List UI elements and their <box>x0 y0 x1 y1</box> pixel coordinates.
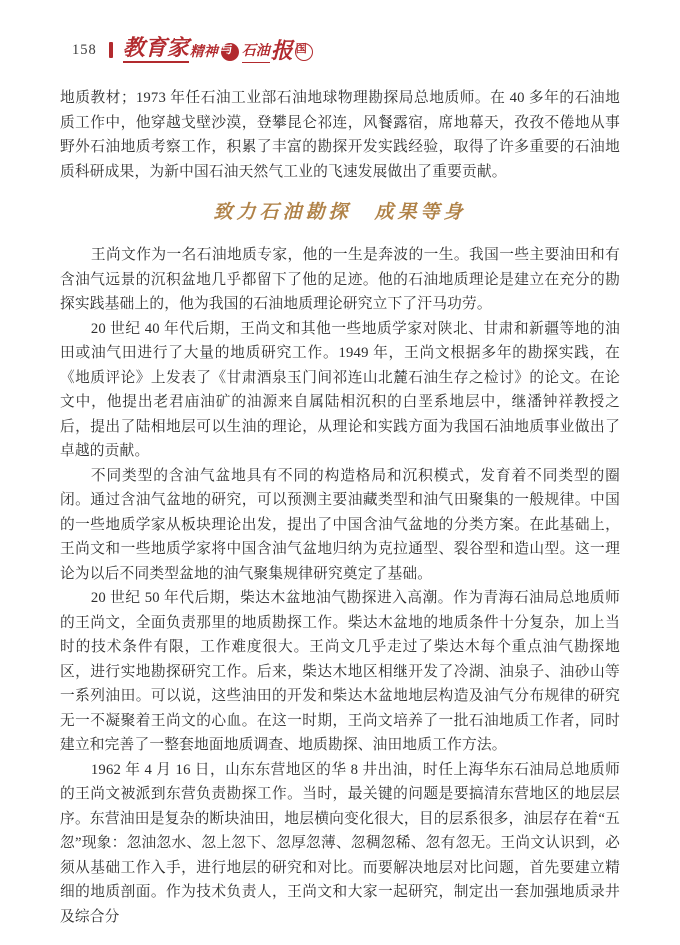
paragraph-intro: 王尚文作为一名石油地质专家，他的一生是奔波的一生。我国一些主要油田和有含油气远景… <box>60 243 620 317</box>
paragraph-dongying-1962: 1962 年 4 月 16 日，山东东营地区的华 8 井出油，时任上海华东石油局… <box>60 758 620 930</box>
article-body: 地质教材；1973 年任石油工业部石油地球物理勘探局总地质师。在 40 多年的石… <box>60 86 620 929</box>
paragraph-qaidam-exploration: 20 世纪 50 年代后期，柴达木盆地油气勘探进入高潮。作为青海石油局总地质师的… <box>60 586 620 758</box>
logo-text-bao: 报 <box>271 40 293 63</box>
logo-yu-badge: 与 <box>221 43 239 61</box>
paragraph-continuation: 地质教材；1973 年任石油工业部石油地球物理勘探局总地质师。在 40 多年的石… <box>60 86 620 184</box>
header-divider-bar <box>109 42 113 58</box>
paragraph-basin-classification: 不同类型的含油气盆地具有不同的构造格局和沉积模式，发育着不同类型的圈闭。通过含油… <box>60 464 620 587</box>
section-heading: 致力石油勘探 成果等身 <box>60 200 620 226</box>
paragraph-1940s-research: 20 世纪 40 年代后期，王尚文和其他一些地质学家对陕北、甘肃和新疆等地的油田… <box>60 317 620 464</box>
logo-text-jingshen: 精神 <box>190 46 218 63</box>
logo-text-shiyou: 石油 <box>242 45 270 63</box>
logo-text-jiaoyujia: 教育家 <box>123 37 189 63</box>
page-header: 158 教育家 精神 与 石油 报 国 <box>72 36 313 64</box>
page-number: 158 <box>72 42 97 59</box>
masthead-logo: 教育家 精神 与 石油 报 国 <box>123 37 313 63</box>
document-page: 158 教育家 精神 与 石油 报 国 地质教材；1973 年任石油工业部石油地… <box>0 0 680 945</box>
logo-guo-seal-icon: 国 <box>295 43 313 61</box>
